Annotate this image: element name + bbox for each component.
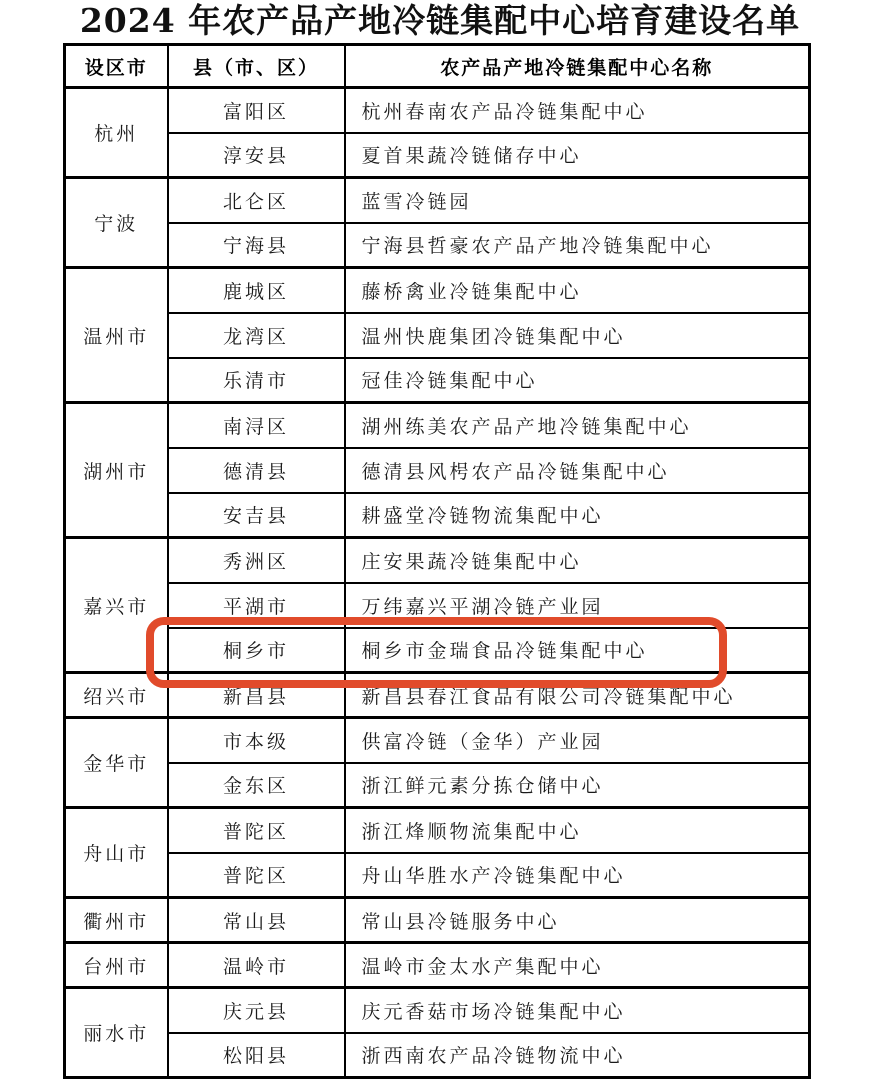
table-header-row: 设区市 县（市、区） 农产品产地冷链集配中心名称 — [65, 45, 810, 88]
city-cell: 湖州市 — [65, 403, 168, 538]
table-row: 安吉县耕盛堂冷链物流集配中心 — [65, 493, 810, 538]
county-cell: 市本级 — [168, 718, 345, 763]
table-row: 宁波北仑区蓝雪冷链园 — [65, 178, 810, 223]
county-cell: 鹿城区 — [168, 268, 345, 313]
county-cell: 淳安县 — [168, 133, 345, 178]
cold-chain-center-table: 设区市 县（市、区） 农产品产地冷链集配中心名称 杭州富阳区杭州春南农产品冷链集… — [63, 43, 811, 1079]
table-body: 杭州富阳区杭州春南农产品冷链集配中心淳安县夏首果蔬冷链储存中心宁波北仑区蓝雪冷链… — [65, 88, 810, 1078]
table-row: 丽水市庆元县庆元香菇市场冷链集配中心 — [65, 988, 810, 1033]
center-cell: 温州快鹿集团冷链集配中心 — [345, 313, 810, 358]
table-row: 普陀区舟山华胜水产冷链集配中心 — [65, 853, 810, 898]
city-cell: 杭州 — [65, 88, 168, 178]
county-cell: 普陀区 — [168, 808, 345, 853]
county-cell: 平湖市 — [168, 583, 345, 628]
county-cell: 乐清市 — [168, 358, 345, 403]
county-cell: 龙湾区 — [168, 313, 345, 358]
city-cell: 温州市 — [65, 268, 168, 403]
table-row: 桐乡市桐乡市金瑞食品冷链集配中心 — [65, 628, 810, 673]
county-cell: 常山县 — [168, 898, 345, 943]
city-cell: 舟山市 — [65, 808, 168, 898]
table-row: 平湖市万纬嘉兴平湖冷链产业园 — [65, 583, 810, 628]
center-cell: 庄安果蔬冷链集配中心 — [345, 538, 810, 583]
header-city: 设区市 — [65, 45, 168, 88]
center-cell: 常山县冷链服务中心 — [345, 898, 810, 943]
center-cell: 浙西南农产品冷链物流中心 — [345, 1033, 810, 1078]
table-row: 湖州市南浔区湖州练美农产品产地冷链集配中心 — [65, 403, 810, 448]
table-row: 龙湾区温州快鹿集团冷链集配中心 — [65, 313, 810, 358]
county-cell: 桐乡市 — [168, 628, 345, 673]
city-cell: 衢州市 — [65, 898, 168, 943]
center-cell: 浙江烽顺物流集配中心 — [345, 808, 810, 853]
center-cell: 桐乡市金瑞食品冷链集配中心 — [345, 628, 810, 673]
center-cell: 藤桥禽业冷链集配中心 — [345, 268, 810, 313]
center-cell: 蓝雪冷链园 — [345, 178, 810, 223]
table-row: 金东区浙江鲜元素分拣仓储中心 — [65, 763, 810, 808]
city-cell: 绍兴市 — [65, 673, 168, 718]
table-row: 淳安县夏首果蔬冷链储存中心 — [65, 133, 810, 178]
center-cell: 浙江鲜元素分拣仓储中心 — [345, 763, 810, 808]
county-cell: 普陀区 — [168, 853, 345, 898]
table-row: 温州市鹿城区藤桥禽业冷链集配中心 — [65, 268, 810, 313]
county-cell: 松阳县 — [168, 1033, 345, 1078]
county-cell: 南浔区 — [168, 403, 345, 448]
header-center-name: 农产品产地冷链集配中心名称 — [345, 45, 810, 88]
center-cell: 宁海县哲豪农产品产地冷链集配中心 — [345, 223, 810, 268]
county-cell: 北仑区 — [168, 178, 345, 223]
city-cell: 嘉兴市 — [65, 538, 168, 673]
county-cell: 温岭市 — [168, 943, 345, 988]
table-row: 绍兴市新昌县新昌县春江食品有限公司冷链集配中心 — [65, 673, 810, 718]
center-cell: 供富冷链（金华）产业园 — [345, 718, 810, 763]
center-cell: 庆元香菇市场冷链集配中心 — [345, 988, 810, 1033]
table-row: 衢州市常山县常山县冷链服务中心 — [65, 898, 810, 943]
county-cell: 金东区 — [168, 763, 345, 808]
city-cell: 丽水市 — [65, 988, 168, 1078]
center-cell: 杭州春南农产品冷链集配中心 — [345, 88, 810, 133]
center-cell: 夏首果蔬冷链储存中心 — [345, 133, 810, 178]
table-row: 杭州富阳区杭州春南农产品冷链集配中心 — [65, 88, 810, 133]
table-row: 台州市温岭市温岭市金太水产集配中心 — [65, 943, 810, 988]
center-cell: 舟山华胜水产冷链集配中心 — [345, 853, 810, 898]
table-row: 乐清市冠佳冷链集配中心 — [65, 358, 810, 403]
table-row: 德清县德清县风枵农产品冷链集配中心 — [65, 448, 810, 493]
city-cell: 金华市 — [65, 718, 168, 808]
table-row: 舟山市普陀区浙江烽顺物流集配中心 — [65, 808, 810, 853]
county-cell: 安吉县 — [168, 493, 345, 538]
header-county: 县（市、区） — [168, 45, 345, 88]
document-page: 2024 年农产品产地冷链集配中心培育建设名单 设区市 县（市、区） 农产品产地… — [0, 0, 880, 1082]
county-cell: 宁海县 — [168, 223, 345, 268]
county-cell: 庆元县 — [168, 988, 345, 1033]
document-title: 2024 年农产品产地冷链集配中心培育建设名单 — [0, 0, 880, 43]
center-cell: 新昌县春江食品有限公司冷链集配中心 — [345, 673, 810, 718]
center-cell: 冠佳冷链集配中心 — [345, 358, 810, 403]
city-cell: 宁波 — [65, 178, 168, 268]
city-cell: 台州市 — [65, 943, 168, 988]
county-cell: 秀洲区 — [168, 538, 345, 583]
county-cell: 富阳区 — [168, 88, 345, 133]
center-cell: 耕盛堂冷链物流集配中心 — [345, 493, 810, 538]
county-cell: 德清县 — [168, 448, 345, 493]
table-row: 嘉兴市秀洲区庄安果蔬冷链集配中心 — [65, 538, 810, 583]
table-row: 宁海县宁海县哲豪农产品产地冷链集配中心 — [65, 223, 810, 268]
table-row: 松阳县浙西南农产品冷链物流中心 — [65, 1033, 810, 1078]
table-row: 金华市市本级供富冷链（金华）产业园 — [65, 718, 810, 763]
center-cell: 德清县风枵农产品冷链集配中心 — [345, 448, 810, 493]
center-cell: 温岭市金太水产集配中心 — [345, 943, 810, 988]
center-cell: 湖州练美农产品产地冷链集配中心 — [345, 403, 810, 448]
county-cell: 新昌县 — [168, 673, 345, 718]
center-cell: 万纬嘉兴平湖冷链产业园 — [345, 583, 810, 628]
